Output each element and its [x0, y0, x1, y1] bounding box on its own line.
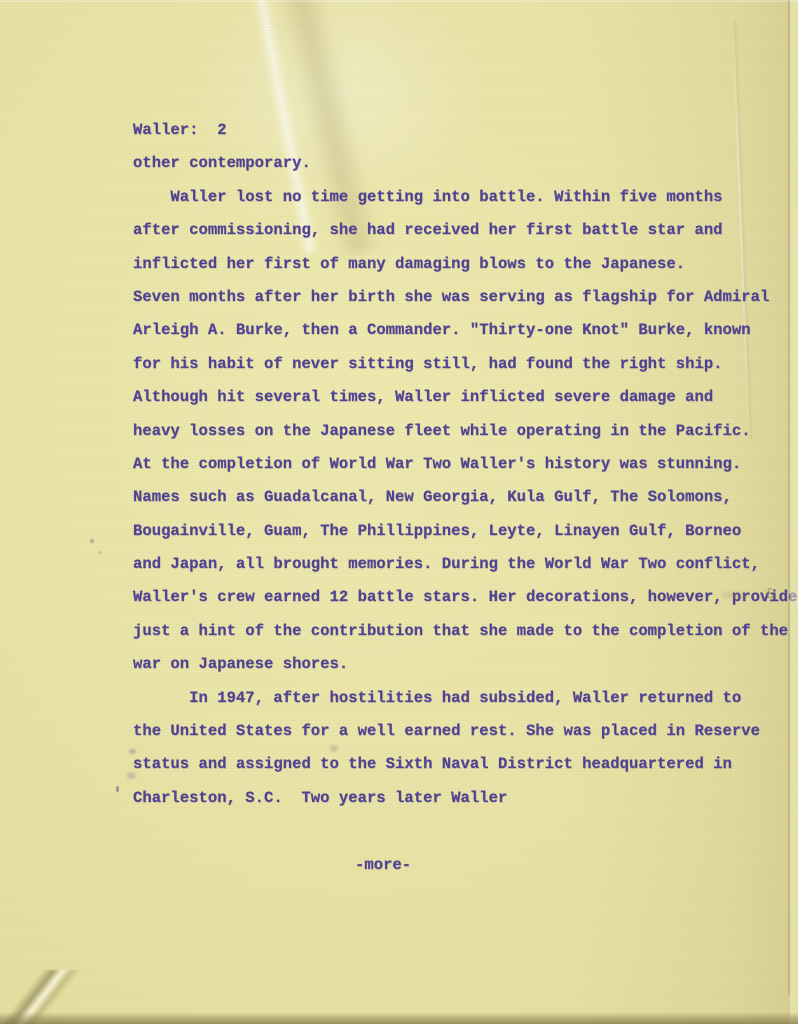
page-header: Waller: 2	[133, 114, 793, 147]
typewritten-line: Seven months after her birth she was ser…	[133, 281, 793, 314]
typewritten-line: just a hint of the contribution that she…	[133, 615, 793, 648]
typewritten-line: heavy losses on the Japanese fleet while…	[133, 415, 793, 448]
typewritten-line: and Japan, all brought memories. During …	[133, 548, 793, 581]
typewritten-line: other contemporary.	[133, 147, 793, 180]
blank-line	[133, 815, 793, 848]
typewritten-line: inflicted her first of many damaging blo…	[133, 248, 793, 281]
typewritten-line: Names such as Guadalcanal, New Georgia, …	[133, 481, 793, 514]
typewritten-line: Bougainville, Guam, The Phillippines, Le…	[133, 515, 793, 548]
typewritten-line: Charleston, S.C. Two years later Waller	[133, 782, 793, 815]
typewritten-line: At the completion of World War Two Walle…	[133, 448, 793, 481]
typewritten-line: Although hit several times, Waller infli…	[133, 381, 793, 414]
typewritten-line: after commissioning, she had received he…	[133, 214, 793, 247]
typewritten-line: the United States for a well earned rest…	[133, 715, 793, 748]
pencil-smudge	[722, 592, 748, 598]
paper-top-edge	[0, 0, 798, 2]
typewritten-line: Arleigh A. Burke, then a Commander. "Thi…	[133, 314, 793, 347]
corner-fold	[0, 970, 80, 1024]
typewritten-line: Waller lost no time getting into battle.…	[133, 181, 793, 214]
stray-ink-mark	[116, 786, 119, 792]
paper-speck	[99, 551, 102, 554]
typewritten-body: other contemporary. Waller lost no time …	[133, 147, 793, 815]
paper-bottom-edge	[0, 1012, 798, 1024]
typewritten-line: war on Japanese shores.	[133, 648, 793, 681]
typewritten-line: status and assigned to the Sixth Naval D…	[133, 748, 793, 781]
scanned-document-page: Waller: 2 other contemporary. Waller los…	[0, 0, 798, 1024]
typewritten-line: Waller's crew earned 12 battle stars. He…	[133, 581, 793, 614]
pencil-margin-note: &	[765, 587, 776, 603]
more-indicator: -more-	[133, 849, 793, 882]
paper-sheet: Waller: 2 other contemporary. Waller los…	[0, 0, 798, 1024]
typewritten-line: In 1947, after hostilities had subsided,…	[133, 682, 793, 715]
typewritten-line: for his habit of never sitting still, ha…	[133, 348, 793, 381]
paper-speck	[90, 539, 94, 543]
typewritten-text: Waller: 2 other contemporary. Waller los…	[133, 114, 793, 882]
